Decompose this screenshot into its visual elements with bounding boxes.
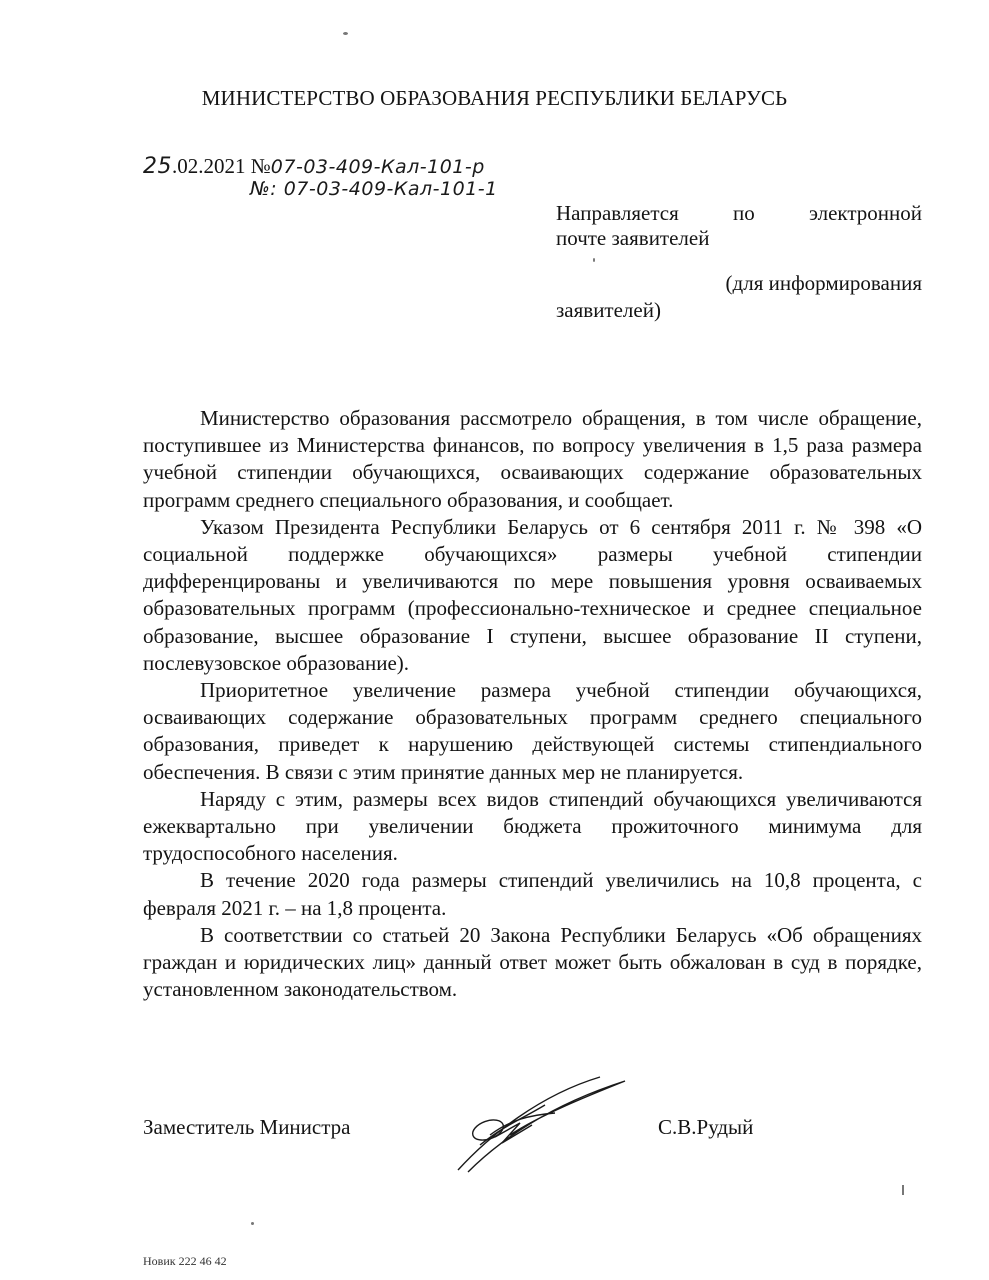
handwritten-number: 07-03-409-Кал-101-р bbox=[271, 156, 485, 178]
paragraph: В течение 2020 года размеры стипендий ув… bbox=[143, 867, 922, 921]
date-rest: .02.2021 № bbox=[172, 154, 271, 178]
handwritten-second-number: №: 07-03-409-Кал-101-1 bbox=[250, 178, 498, 200]
handwritten-signature-icon bbox=[450, 1075, 640, 1175]
addressee-note: (для информирования заявителей) bbox=[556, 270, 922, 324]
addressee-line-2: почте заявителей bbox=[556, 226, 709, 250]
scan-speck bbox=[251, 1222, 254, 1225]
addressee-line-1: Направляется по электронной bbox=[556, 201, 922, 226]
signatory-name: С.В.Рудый bbox=[658, 1115, 753, 1140]
addressee-line-4: заявителей) bbox=[556, 298, 661, 322]
paragraph: Приоритетное увеличение размера учебной … bbox=[143, 677, 922, 786]
date-and-number-line: 25.02.2021 №07-03-409-Кал-101-р bbox=[143, 154, 485, 179]
document-heading: МИНИСТЕРСТВО ОБРАЗОВАНИЯ РЕСПУБЛИКИ БЕЛА… bbox=[0, 86, 989, 111]
footer-contact: Новик 222 46 42 bbox=[143, 1254, 227, 1269]
letter-body: Министерство образования рассмотрело обр… bbox=[143, 405, 922, 1003]
signatory-title: Заместитель Министра bbox=[143, 1115, 350, 1140]
scan-speck bbox=[343, 32, 348, 35]
scan-speck bbox=[593, 258, 595, 262]
scan-speck bbox=[902, 1185, 904, 1195]
handwritten-day: 25 bbox=[143, 154, 172, 179]
addressee-block: Направляется по электронной почте заявит… bbox=[556, 201, 922, 251]
addressee-line-3: (для информирования bbox=[556, 270, 922, 297]
paragraph: В соответствии со статьей 20 Закона Респ… bbox=[143, 922, 922, 1004]
paragraph: Указом Президента Республики Беларусь от… bbox=[143, 514, 922, 677]
paragraph: Наряду с этим, размеры всех видов стипен… bbox=[143, 786, 922, 868]
paragraph: Министерство образования рассмотрело обр… bbox=[143, 405, 922, 514]
